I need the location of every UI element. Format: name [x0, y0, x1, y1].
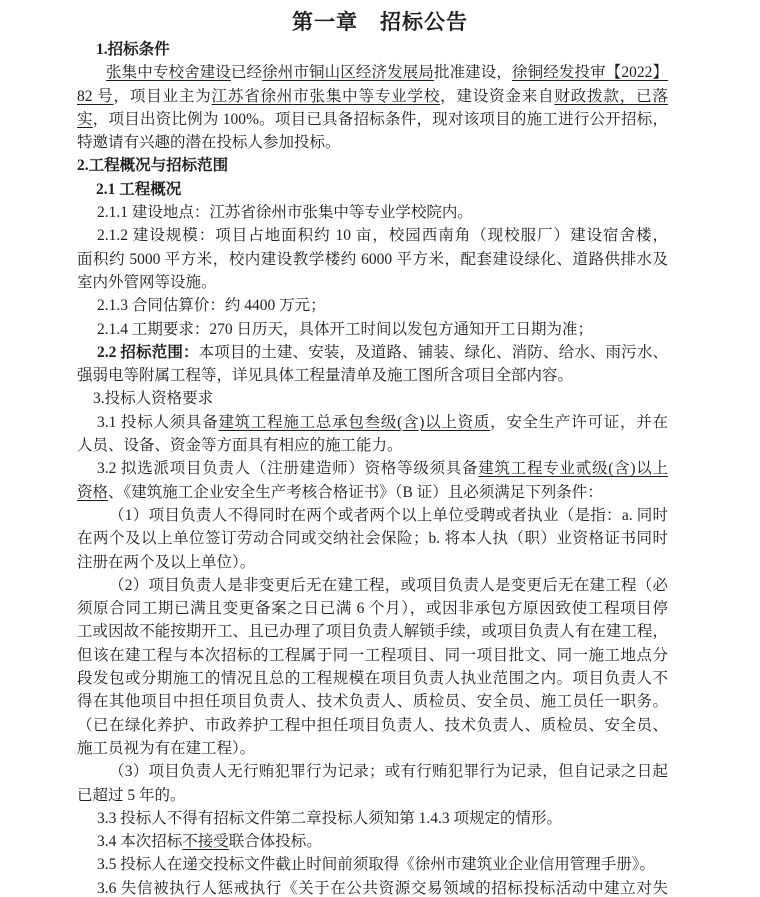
text-segment: 联合体投标。 — [229, 833, 322, 850]
text-line: 3.1 投标人须具备建筑工程施工总承包叁级(含)以上资质，安全生产许可证，并在 — [77, 411, 668, 434]
text-line: 3.投标人资格要求 — [77, 387, 668, 410]
text-segment: 人员、设备、资金等方面具有相应的施工能力。 — [77, 437, 403, 454]
text-segment: 、《建筑施工企业安全生产考核合格证书》（B 证）且必须满足下列条件： — [108, 484, 603, 501]
text-segment: 在两个及以上单位签订劳动合同或交纳社会保险；b. 将本人执（职）业资格证书同时 — [77, 530, 668, 547]
text-segment: （3）项目负责人无行贿犯罪行为记录；或有行贿犯罪行为记录，但自记录之日起 — [109, 763, 668, 780]
text-segment: 已经 — [231, 64, 262, 81]
text-line: 人员、设备、资金等方面具有相应的施工能力。 — [77, 434, 668, 457]
page-title: 第一章 招标公告 — [0, 0, 760, 38]
text-line: 2.2 招标范围：本项目的土建、安装，及道路、铺装、绿化、消防、给水、雨污水、 — [77, 341, 668, 364]
text-line: 室内外管网等设施。 — [77, 271, 668, 294]
text-line: 施工员视为有在建工程）。 — [77, 737, 668, 760]
text-segment: 建筑工程专业贰级(含)以上 — [478, 460, 668, 477]
text-line: （2）项目负责人是非变更后无在建工程，或项目负责人是变更后无在建工程（必 — [77, 574, 668, 597]
text-line: （已在绿化养护、市政养护工程中担任项目负责人、技术负责人、质检员、安全员、 — [77, 714, 668, 737]
text-segment: 实 — [77, 111, 93, 128]
text-segment: 2.1 工程概况 — [96, 181, 181, 198]
text-segment: 2.工程概况与招标范围 — [77, 157, 228, 174]
text-line: 3.2 拟选派项目负责人（注册建造师）资格等级须具备建筑工程专业贰级(含)以上 — [77, 457, 668, 480]
text-segment: 强弱电等附属工程等，详见具体工程量清单及施工图所含项目全部内容。 — [77, 367, 573, 384]
text-segment: ，建设资金来自 — [440, 88, 554, 105]
text-segment: 已超过 5 年的。 — [77, 787, 186, 804]
text-segment: 1.招标条件 — [96, 41, 170, 58]
text-segment: 3.1 投标人须具备 — [97, 414, 218, 431]
text-segment: 2.1.4 工期要求：270 日历天，具体开工时间以发包方通知开工日期为准； — [97, 321, 593, 338]
text-segment: 3.4 本次招标 — [97, 833, 182, 850]
text-segment: 82 号 — [77, 88, 114, 105]
text-segment: 批准建设， — [434, 64, 512, 81]
text-line: 工或因故不能按期开工、且已办理了项目负责人解锁手续，或项目负责人有在建工程， — [77, 620, 668, 643]
text-segment: 段发包或分期施工的情况且总的工程规模在项目负责人执业范围之内。项目负责人不 — [77, 670, 668, 687]
text-line: （3）项目负责人无行贿犯罪行为记录；或有行贿犯罪行为记录，但自记录之日起 — [77, 760, 668, 783]
text-line: 2.1.4 工期要求：270 日历天，具体开工时间以发包方通知开工日期为准； — [77, 318, 668, 341]
text-line: 3.4 本次招标不接受联合体投标。 — [77, 830, 668, 853]
text-segment: ，项目业主为 — [114, 88, 212, 105]
text-line: 特邀请有兴趣的潜在投标人参加投标。 — [77, 131, 668, 154]
text-line: 段发包或分期施工的情况且总的工程规模在项目负责人执业范围之内。项目负责人不 — [77, 667, 668, 690]
text-line: 2.1 工程概况 — [77, 178, 668, 201]
text-segment: 2.1.2 建设规模：项目占地面积约 10 亩，校园西南角（现校服厂）建设宿舍楼… — [97, 227, 668, 244]
text-line: 注册在两个及以上单位）。 — [77, 551, 668, 574]
text-segment: 2.1.3 合同估算价：约 4400 万元； — [97, 297, 326, 314]
text-segment: 3.投标人资格要求 — [93, 390, 213, 407]
text-segment: 室内外管网等设施。 — [77, 274, 217, 291]
text-segment: 资格 — [77, 484, 108, 501]
text-segment: （1）项目负责人不得同时在两个或者两个以上单位受聘或者执业（是指：a. 同时 — [109, 507, 668, 524]
text-line: 3.6 失信被执行人惩戒执行《关于在公共资源交易领域的招标投标活动中建立对失 — [77, 877, 668, 897]
text-line: 3.3 投标人不得有招标文件第二章投标人须知第 1.4.3 项规定的情形。 — [77, 807, 668, 830]
text-segment: ，项目出资比例为 100%。项目已具备招标条件，现对该项目的施工进行公开招标， — [93, 111, 668, 128]
text-line: 2.1.3 合同估算价：约 4400 万元； — [77, 294, 668, 317]
text-segment: 3.3 投标人不得有招标文件第二章投标人须知第 1.4.3 项规定的情形。 — [97, 810, 562, 827]
text-segment: 须原合同工期已满且变更备案之日已满 6 个月），或因非承包方原因致使工程项目停 — [77, 600, 668, 617]
text-segment: 张集中专校舍建设 — [106, 64, 231, 81]
text-line: 面积约 5000 平方米，校内建设教学楼约 6000 平方米，配套建设绿化、道路… — [77, 248, 668, 271]
text-line: 张集中专校舍建设已经徐州市铜山区经济发展局批准建设，徐铜经发投审【2022】 — [77, 61, 668, 84]
text-segment: 工或因故不能按期开工、且已办理了项目负责人解锁手续，或项目负责人有在建工程， — [77, 623, 668, 640]
text-segment: 施工员视为有在建工程）。 — [77, 740, 255, 757]
text-line: 2.1.2 建设规模：项目占地面积约 10 亩，校园西南角（现校服厂）建设宿舍楼… — [77, 224, 668, 247]
text-line: 2.1.1 建设地点：江苏省徐州市张集中等专业学校院内。 — [77, 201, 668, 224]
text-segment: 面积约 5000 平方米，校内建设教学楼约 6000 平方米，配套建设绿化、道路… — [77, 251, 668, 268]
text-segment: 得在其他项目中担任项目负责人、技术负责人、质检员、安全员、施工员任一职务。 — [77, 693, 668, 710]
text-line: 得在其他项目中担任项目负责人、技术负责人、质检员、安全员、施工员任一职务。 — [77, 690, 668, 713]
text-segment: 建筑工程施工总承包叁级(含)以上资质 — [218, 414, 490, 431]
text-line: 须原合同工期已满且变更备案之日已满 6 个月），或因非承包方原因致使工程项目停 — [77, 597, 668, 620]
text-segment: 2.1.1 建设地点：江苏省徐州市张集中等专业学校院内。 — [97, 204, 473, 221]
text-segment: 注册在两个及以上单位）。 — [77, 554, 255, 571]
text-segment: （已在绿化养护、市政养护工程中担任项目负责人、技术负责人、质检员、安全员、 — [77, 717, 668, 734]
text-segment: 2.2 招标范围： — [97, 344, 199, 361]
document-body: 1.招标条件张集中专校舍建设已经徐州市铜山区经济发展局批准建设，徐铜经发投审【2… — [0, 38, 760, 897]
text-segment: 3.6 失信被执行人惩戒执行《关于在公共资源交易领域的招标投标活动中建立对失 — [97, 880, 668, 897]
text-segment: 3.5 投标人在递交投标文件截止时间前须取得《徐州市建筑业企业信用管理手册》。 — [97, 856, 655, 873]
text-line: 但该在建工程与本次招标的工程属于同一工程项目、同一项目批文、同一施工地点分 — [77, 644, 668, 667]
text-segment: 财政拨款，已落 — [554, 88, 667, 105]
text-segment: 本项目的土建、安装，及道路、铺装、绿化、消防、给水、雨污水、 — [199, 344, 668, 361]
document-page: 第一章 招标公告 1.招标条件张集中专校舍建设已经徐州市铜山区经济发展局批准建设… — [0, 0, 760, 897]
text-line: 实，项目出资比例为 100%。项目已具备招标条件，现对该项目的施工进行公开招标， — [77, 108, 668, 131]
text-segment: ，安全生产许可证，并在 — [490, 414, 668, 431]
text-segment: 特邀请有兴趣的潜在投标人参加投标。 — [77, 134, 341, 151]
text-line: 资格、《建筑施工企业安全生产考核合格证书》（B 证）且必须满足下列条件： — [77, 481, 668, 504]
text-segment: 徐铜经发投审【2022】 — [512, 64, 668, 81]
text-segment: （2）项目负责人是非变更后无在建工程，或项目负责人是变更后无在建工程（必 — [109, 577, 668, 594]
text-segment: 江苏省徐州市张集中等专业学校 — [212, 88, 441, 105]
text-line: 在两个及以上单位签订劳动合同或交纳社会保险；b. 将本人执（职）业资格证书同时 — [77, 527, 668, 550]
text-segment: 徐州市铜山区经济发展局 — [262, 64, 434, 81]
text-segment: 不接受 — [182, 833, 229, 850]
text-line: （1）项目负责人不得同时在两个或者两个以上单位受聘或者执业（是指：a. 同时 — [77, 504, 668, 527]
text-line: 82 号，项目业主为江苏省徐州市张集中等专业学校，建设资金来自财政拨款，已落 — [77, 85, 668, 108]
text-line: 已超过 5 年的。 — [77, 784, 668, 807]
text-segment: 3.2 拟选派项目负责人（注册建造师）资格等级须具备 — [97, 460, 478, 477]
text-line: 1.招标条件 — [77, 38, 668, 61]
text-line: 2.工程概况与招标范围 — [77, 154, 668, 177]
text-line: 3.5 投标人在递交投标文件截止时间前须取得《徐州市建筑业企业信用管理手册》。 — [77, 853, 668, 876]
text-line: 强弱电等附属工程等，详见具体工程量清单及施工图所含项目全部内容。 — [77, 364, 668, 387]
text-segment: 但该在建工程与本次招标的工程属于同一工程项目、同一项目批文、同一施工地点分 — [77, 647, 668, 664]
